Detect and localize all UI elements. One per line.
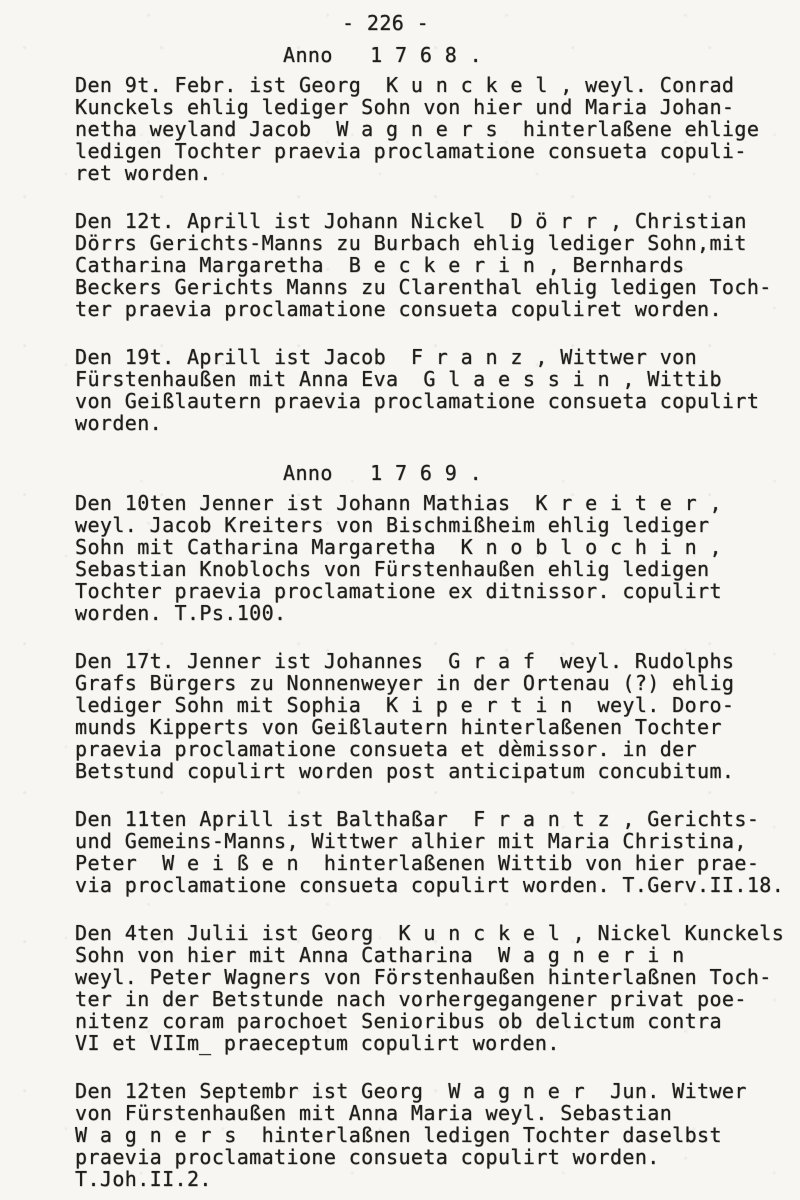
text-line: praevia proclamatione consueta copulirt … (75, 1146, 800, 1168)
text-line: Fürstenhaußen mit Anna Eva G l a e s s i… (75, 368, 800, 390)
text-line: via proclamatione consueta copulirt word… (75, 874, 800, 896)
text-line: Sebastian Knoblochs von Fürstenhaußen eh… (75, 558, 800, 580)
text-line: VI et VIIm̲ praeceptum copulirt worden. (75, 1032, 800, 1054)
text-line: Betstund copulirt worden post anticipatu… (75, 760, 800, 782)
text-line: T.Joh.II.2. (75, 1168, 800, 1190)
text-line: Den 9t. Febr. ist Georg K u n c k e l , … (75, 74, 800, 96)
text-line: weyl. Peter Wagners von Förstenhaußen hi… (75, 966, 800, 988)
text-line: Den 17t. Jenner ist Johannes G r a f wey… (75, 650, 800, 672)
text-line: Tochter praevia proclamatione ex ditniss… (75, 580, 800, 602)
text-line: Dörrs Gerichts-Manns zu Burbach ehlig le… (75, 232, 800, 254)
marriage-entry: Den 12t. Aprill ist Johann Nickel D ö r … (75, 210, 800, 320)
text-line: von Geißlautern praevia proclamatione co… (75, 390, 800, 412)
text-line: Beckers Gerichts Manns zu Clarenthal ehl… (75, 276, 800, 298)
text-line: worden. (75, 412, 800, 434)
text-line: von Fürstenhaußen mit Anna Maria weyl. S… (75, 1102, 800, 1124)
page-number: - 226 - (342, 12, 800, 34)
document-content: Anno 1 7 6 8 .Den 9t. Febr. ist Georg K … (75, 44, 800, 1190)
text-line: Den 19t. Aprill ist Jacob F r a n z , Wi… (75, 346, 800, 368)
marriage-entry: Den 4ten Julii ist Georg K u n c k e l ,… (75, 922, 800, 1054)
text-line: Den 11ten Aprill ist Balthaßar F r a n t… (75, 808, 800, 830)
text-line: ledigen Tochter praevia proclamatione co… (75, 140, 800, 162)
text-line: und Gemeins-Manns, Wittwer alhier mit Ma… (75, 830, 800, 852)
anno-heading: Anno 1 7 6 9 . (283, 462, 800, 484)
text-line: worden. T.Ps.100. (75, 602, 800, 624)
marriage-entry: Den 19t. Aprill ist Jacob F r a n z , Wi… (75, 346, 800, 434)
text-line: Den 12ten Septembr ist Georg W a g n e r… (75, 1080, 800, 1102)
text-line: munds Kipperts von Geißlautern hinterlaß… (75, 716, 800, 738)
marriage-entry: Den 12ten Septembr ist Georg W a g n e r… (75, 1080, 800, 1190)
text-line: lediger Sohn mit Sophia K i p e r t i n … (75, 694, 800, 716)
text-line: Grafs Bürgers zu Nonnenweyer in der Orte… (75, 672, 800, 694)
text-line: weyl. Jacob Kreiters von Bischmißheim eh… (75, 514, 800, 536)
text-line: Den 4ten Julii ist Georg K u n c k e l ,… (75, 922, 800, 944)
text-line: ret worden. (75, 162, 800, 184)
text-line: netha weyland Jacob W a g n e r s hinter… (75, 118, 800, 140)
marriage-entry: Den 10ten Jenner ist Johann Mathias K r … (75, 492, 800, 624)
text-line: praevia proclamatione consueta et dèmiss… (75, 738, 800, 760)
anno-heading: Anno 1 7 6 8 . (283, 44, 800, 66)
marriage-entry: Den 17t. Jenner ist Johannes G r a f wey… (75, 650, 800, 782)
text-line: Den 10ten Jenner ist Johann Mathias K r … (75, 492, 800, 514)
text-line: ter praevia proclamatione consueta copul… (75, 298, 800, 320)
text-line: Kunckels ehlig lediger Sohn von hier und… (75, 96, 800, 118)
marriage-entry: Den 11ten Aprill ist Balthaßar F r a n t… (75, 808, 800, 896)
text-line: ter in der Betstunde nach vorhergegangen… (75, 988, 800, 1010)
text-line: Sohn mit Catharina Margaretha K n o b l … (75, 536, 800, 558)
text-line: Peter W e i ß e n hinterlaßenen Wittib v… (75, 852, 800, 874)
text-line: W a g n e r s hinterlaßnen ledigen Tocht… (75, 1124, 800, 1146)
marriage-entry: Den 9t. Febr. ist Georg K u n c k e l , … (75, 74, 800, 184)
scanned-document-page: - 226 - Anno 1 7 6 8 .Den 9t. Febr. ist … (0, 0, 800, 1200)
text-line: Den 12t. Aprill ist Johann Nickel D ö r … (75, 210, 800, 232)
text-line: Catharina Margaretha B e c k e r i n , B… (75, 254, 800, 276)
text-line: Sohn von hier mit Anna Catharina W a g n… (75, 944, 800, 966)
text-line: nitenz coram parochoet Senioribus ob del… (75, 1010, 800, 1032)
